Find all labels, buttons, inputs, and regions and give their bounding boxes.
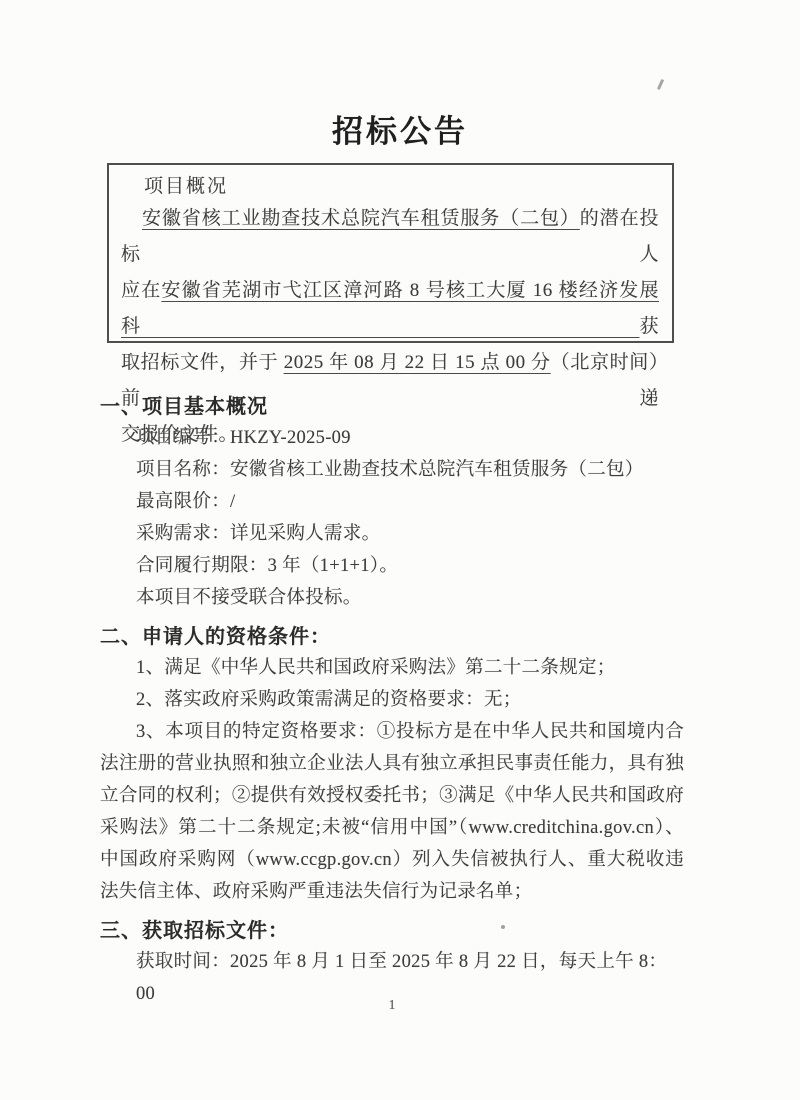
overview-line: 安徽省核工业勘查技术总院汽车租赁服务（二包）的潜在投标人 <box>121 201 659 273</box>
text-run: 应在 <box>121 280 161 301</box>
body-line: 采购需求：详见采购人需求。 <box>100 518 684 550</box>
body-line: 法失信主体、政府采购严重违法失信行为记录名单； <box>100 876 684 908</box>
text-run: 取招标文件，并于 <box>121 352 284 373</box>
overview-line: 应在安徽省芜湖市弋江区漳河路 8 号核工大厦 16 楼经济发展科 获 <box>121 273 659 345</box>
underlined-text: 安徽省芜湖市弋江区漳河路 8 号核工大厦 16 楼经济发展科 <box>121 280 659 337</box>
document-title: 招标公告 <box>0 114 800 150</box>
section: 三、获取招标文件：获取时间：2025 年 8 月 1 日至 2025 年 8 月… <box>100 916 684 1010</box>
text-run: 获 <box>639 316 659 337</box>
underlined-text: 2025 年 08 月 22 日 15 点 00 分 <box>284 352 551 373</box>
body-line: 项目编号：HKZY-2025-09 <box>100 422 684 454</box>
body-line: 1、满足《中华人民共和国政府采购法》第二十二条规定； <box>100 652 684 684</box>
underlined-text: 安徽省核工业勘查技术总院汽车租赁服务（二包） <box>142 208 580 229</box>
section: 二、申请人的资格条件：1、满足《中华人民共和国政府采购法》第二十二条规定；2、落… <box>100 622 684 908</box>
body-line: 项目名称：安徽省核工业勘查技术总院汽车租赁服务（二包） <box>100 454 684 486</box>
scan-artifact <box>501 925 505 929</box>
body-line: 2、落实政府采购政策需满足的资格要求：无； <box>100 684 684 716</box>
section-heading: 一、项目基本概况 <box>100 392 684 422</box>
page-number: 1 <box>100 998 684 1014</box>
section: 一、项目基本概况项目编号：HKZY-2025-09项目名称：安徽省核工业勘查技术… <box>100 392 684 614</box>
project-overview-box: 项目概况 安徽省核工业勘查技术总院汽车租赁服务（二包）的潜在投标人应在安徽省芜湖… <box>107 163 674 343</box>
body-line: 立合同的权利；②提供有效授权委托书；③满足《中华人民共和国政府 <box>100 780 684 812</box>
scan-artifact <box>657 79 664 90</box>
body-line: 3、本项目的特定资格要求：①投标方是在中华人民共和国境内合 <box>100 716 684 748</box>
body-line: 法注册的营业执照和独立企业法人具有独立承担民事责任能力，具有独 <box>100 748 684 780</box>
body-line: 中国政府采购网（www.ccgp.gov.cn）列入失信被执行人、重大税收违 <box>100 844 684 876</box>
body-line: 采购法》第二十二条规定;未被“信用中国”（www.creditchina.gov… <box>100 812 684 844</box>
body-line: 合同履行期限：3 年（1+1+1）。 <box>100 550 684 582</box>
section-heading: 二、申请人的资格条件： <box>100 622 684 652</box>
document-page: 招标公告 项目概况 安徽省核工业勘查技术总院汽车租赁服务（二包）的潜在投标人应在… <box>0 0 800 1100</box>
overview-label: 项目概况 <box>144 172 659 201</box>
body-line: 本项目不接受联合体投标。 <box>100 582 684 614</box>
body-line: 最高限价：/ <box>100 486 684 518</box>
document-body: 一、项目基本概况项目编号：HKZY-2025-09项目名称：安徽省核工业勘查技术… <box>100 392 684 1010</box>
section-heading: 三、获取招标文件： <box>100 916 684 946</box>
